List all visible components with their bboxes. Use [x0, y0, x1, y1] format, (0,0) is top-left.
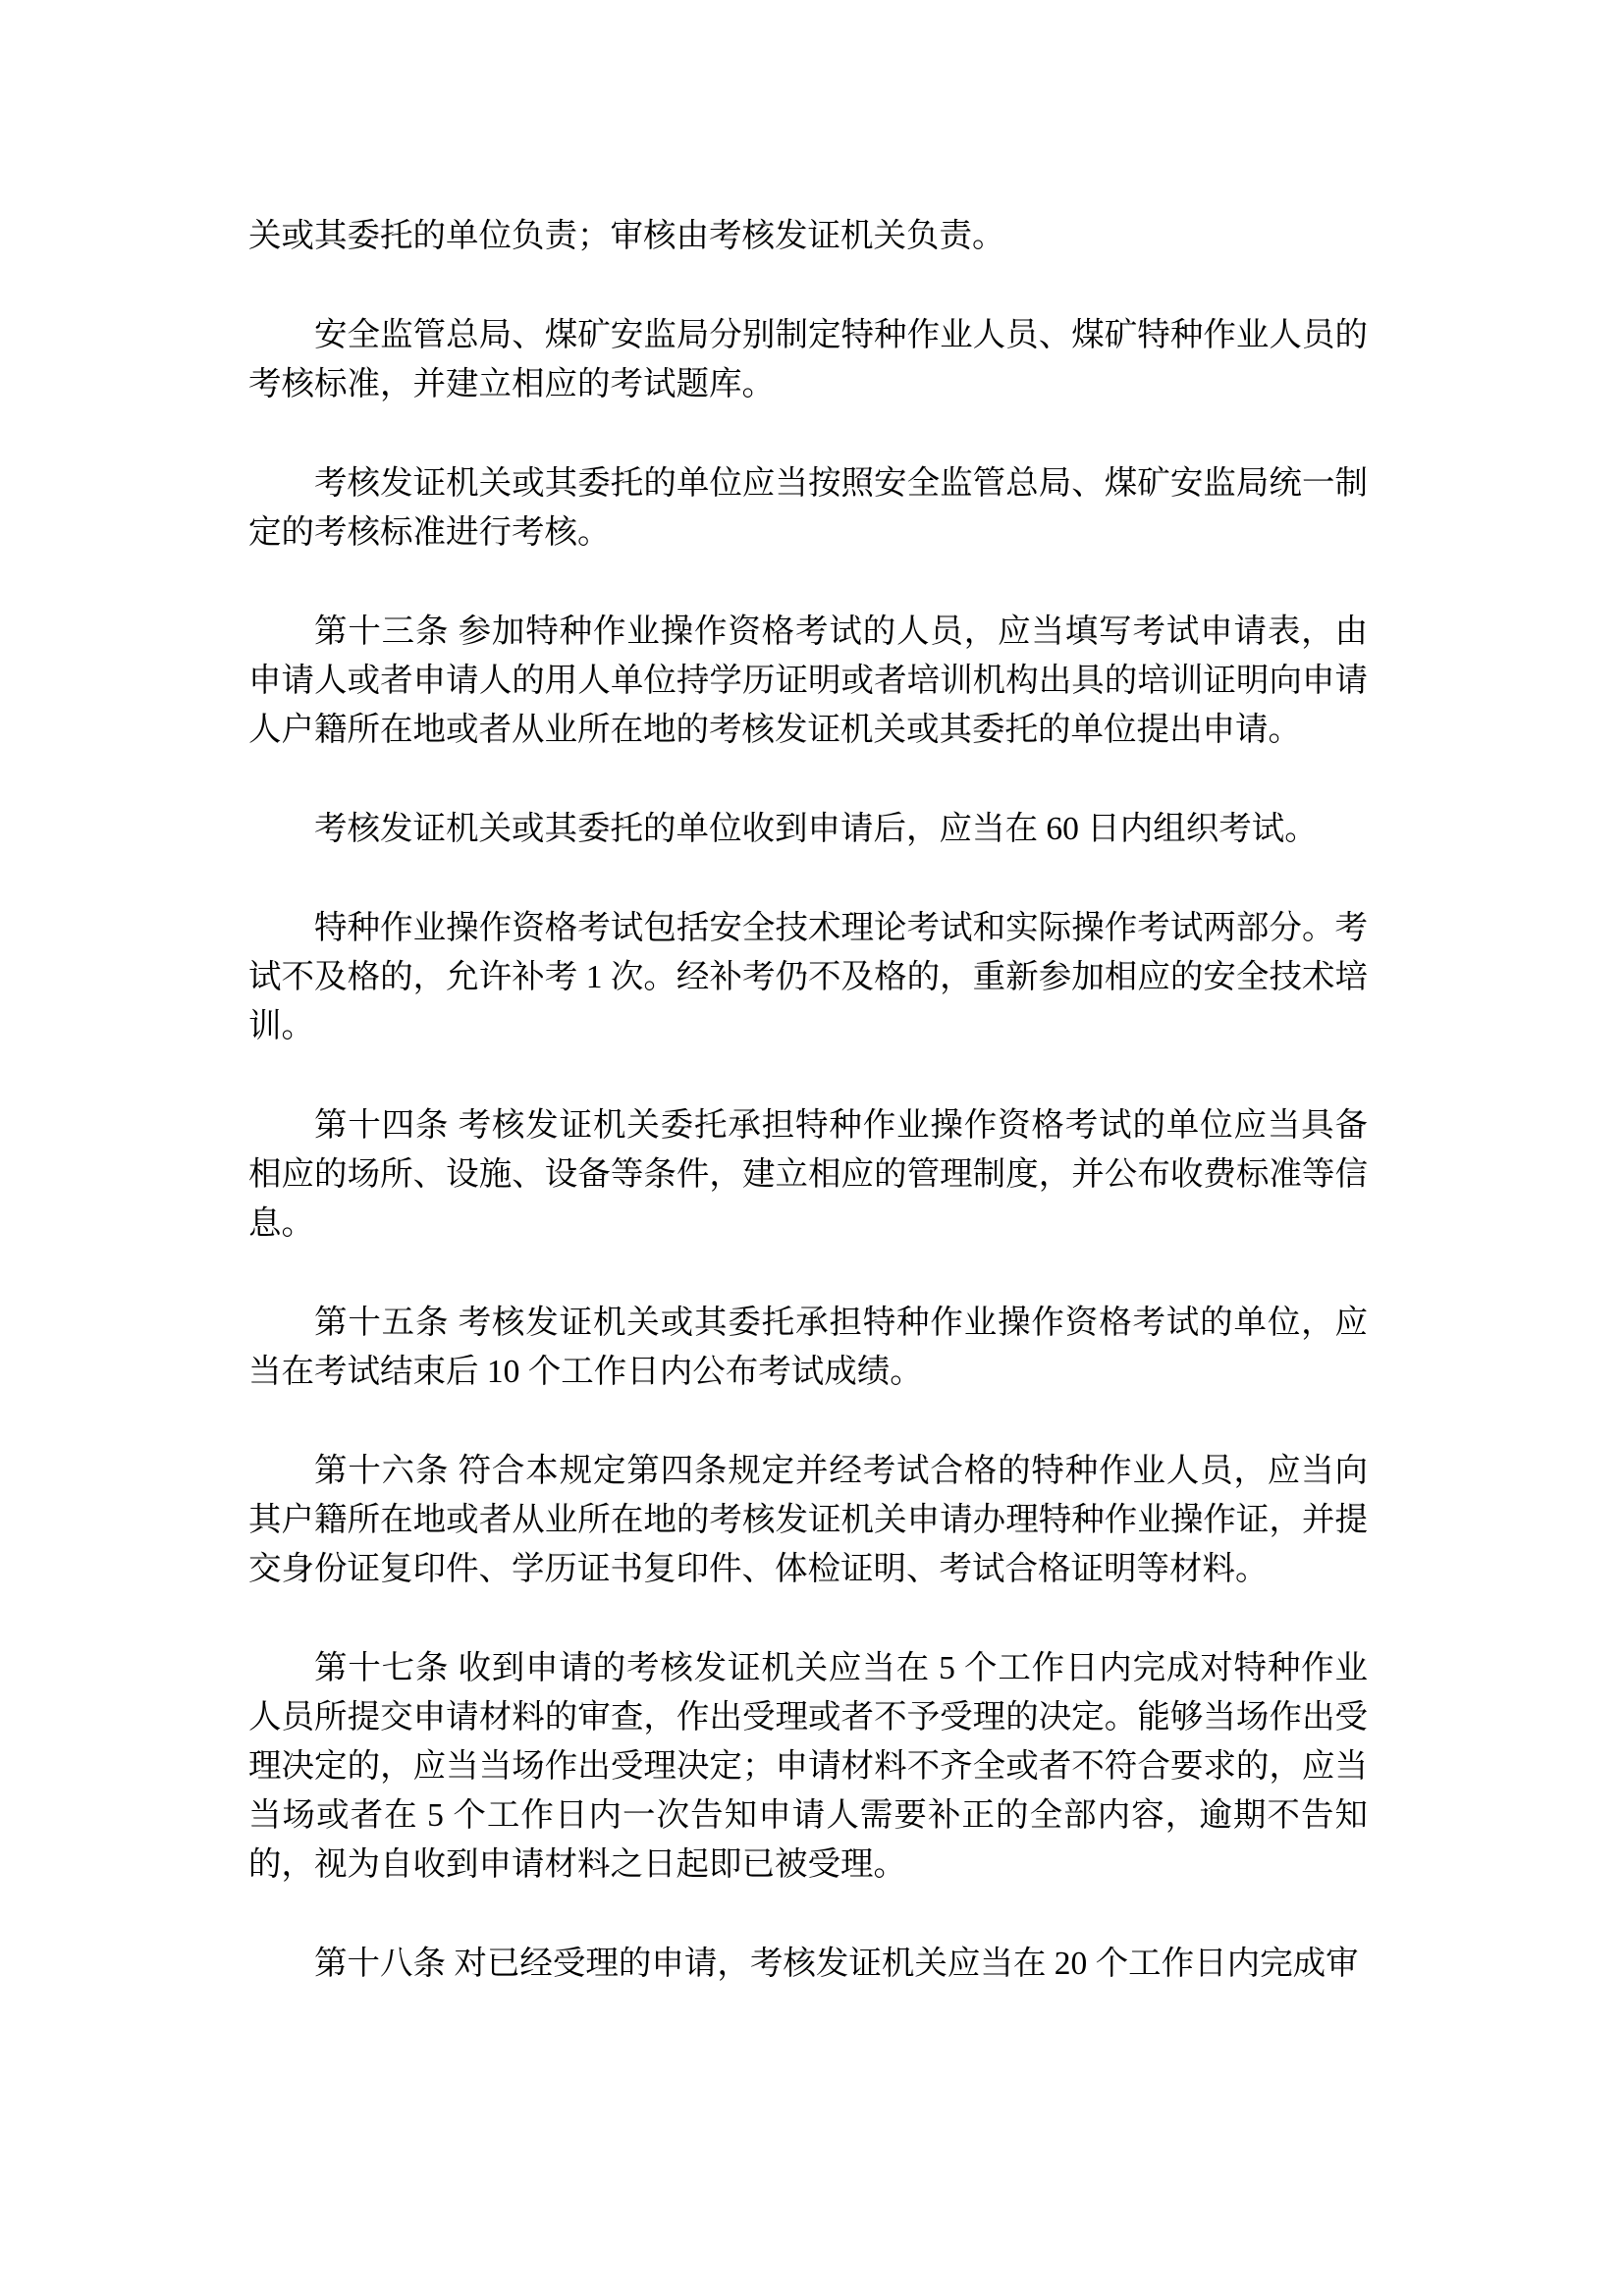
paragraph-article-15: 第十五条 考核发证机关或其委托承担特种作业操作资格考试的单位，应当在考试结束后 …: [248, 1299, 1368, 1397]
paragraph-exam-two-parts: 特种作业操作资格考试包括安全技术理论考试和实际操作考试两部分。考试不及格的，允许…: [248, 904, 1368, 1051]
paragraph-article-13: 第十三条 参加特种作业操作资格考试的人员，应当填写考试申请表，由申请人或者申请人…: [248, 608, 1368, 755]
paragraph-assessment-per-standards: 考核发证机关或其委托的单位应当按照安全监管总局、煤矿安监局统一制定的考核标准进行…: [248, 459, 1368, 558]
paragraph-article-14: 第十四条 考核发证机关委托承担特种作业操作资格考试的单位应当具备相应的场所、设施…: [248, 1101, 1368, 1249]
paragraph-exam-within-60-days: 考核发证机关或其委托的单位收到申请后，应当在 60 日内组织考试。: [248, 805, 1368, 854]
paragraph-exam-standards: 安全监管总局、煤矿安监局分别制定特种作业人员、煤矿特种作业人员的考核标准，并建立…: [248, 311, 1368, 409]
paragraph-article-18: 第十八条 对已经受理的申请，考核发证机关应当在 20 个工作日内完成审: [248, 1940, 1368, 1989]
document-body: 关或其委托的单位负责；审核由考核发证机关负责。 安全监管总局、煤矿安监局分别制定…: [248, 212, 1368, 1989]
paragraph-article-17: 第十七条 收到申请的考核发证机关应当在 5 个工作日内完成对特种作业人员所提交申…: [248, 1644, 1368, 1890]
document-page: 关或其委托的单位负责；审核由考核发证机关负责。 安全监管总局、煤矿安监局分别制定…: [0, 0, 1624, 2296]
paragraph-continuation: 关或其委托的单位负责；审核由考核发证机关负责。: [248, 212, 1368, 261]
paragraph-article-16: 第十六条 符合本规定第四条规定并经考试合格的特种作业人员，应当向其户籍所在地或者…: [248, 1447, 1368, 1594]
